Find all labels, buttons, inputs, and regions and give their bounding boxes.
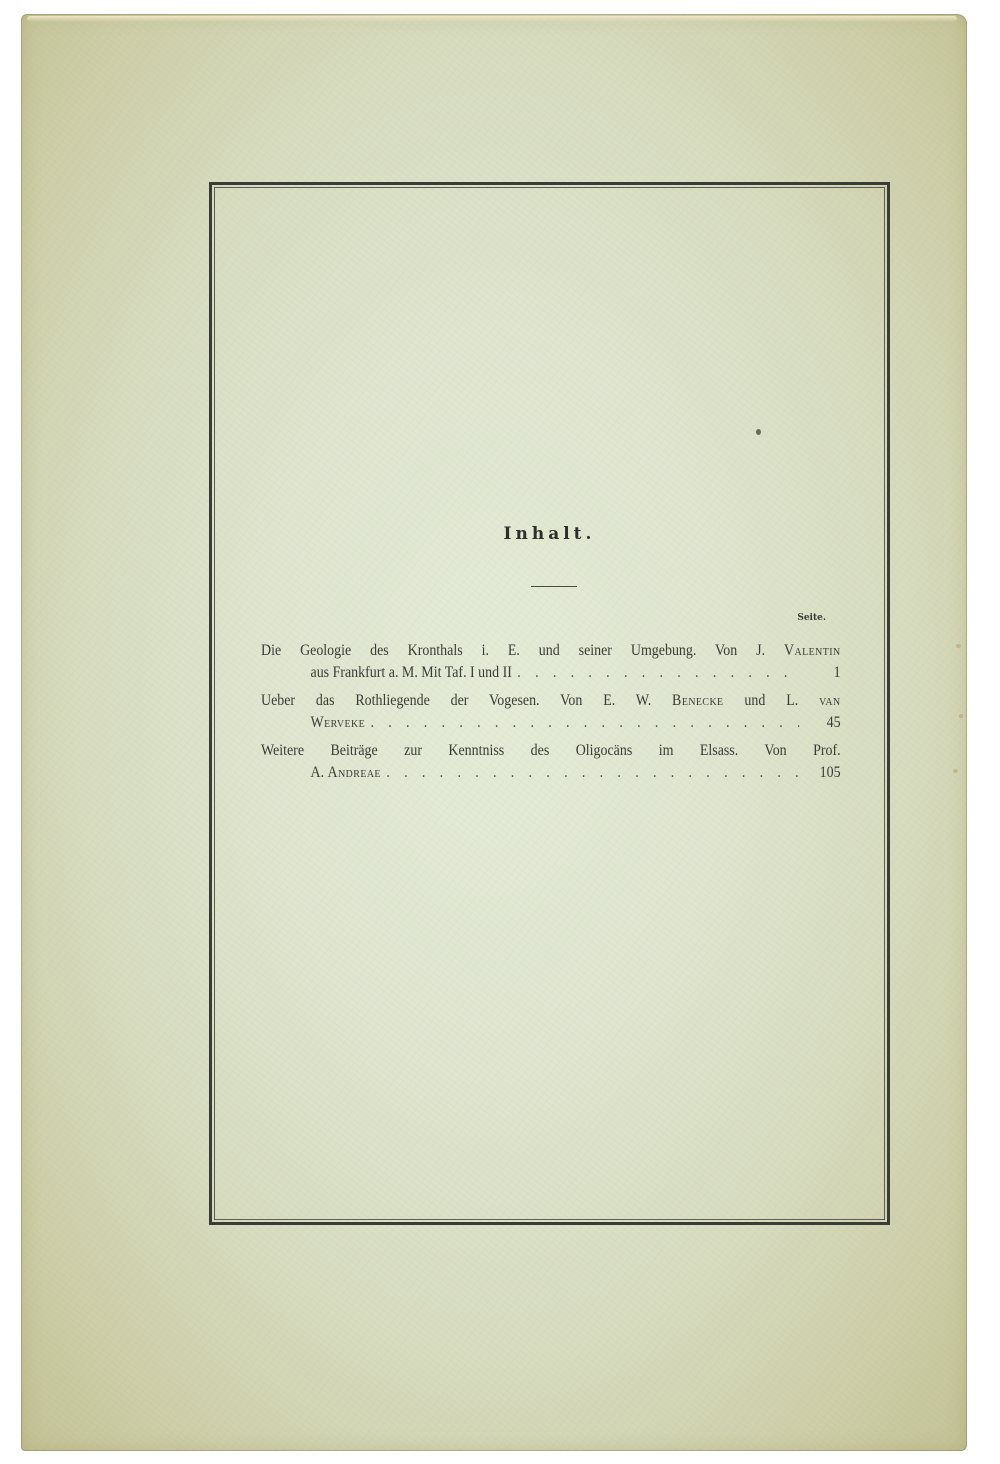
toc-entry-continuation: aus Frankfurt a. M. Mit Taf. I und II 1 [261, 662, 841, 684]
author-name: Werveke [311, 712, 366, 734]
toc-entry: Ueber das Rothliegende der Vogesen. Von … [261, 690, 841, 734]
page-column-header: Seite. [797, 613, 826, 623]
toc-entry: Weitere Beiträge zur Kenntniss des Oligo… [261, 740, 841, 784]
foxing-spot [953, 769, 958, 773]
page-number: 1 [805, 662, 841, 684]
toc-entry-continuation: A. Andreae 105 [261, 762, 841, 784]
table-of-contents: Die Geologie des Kronthals i. E. und sei… [261, 640, 783, 790]
title-divider [531, 586, 577, 587]
page-title: Inhalt. [212, 524, 887, 544]
dot-leader [517, 662, 799, 684]
author-name: Andreae [328, 762, 381, 784]
toc-entry-title: Weitere Beiträge zur Kenntniss des Oligo… [261, 740, 841, 762]
toc-entry-title: Ueber das Rothliegende der Vogesen. Von … [261, 690, 841, 712]
toc-entry-title: Die Geologie des Kronthals i. E. und sei… [261, 640, 841, 662]
author-name: Valentin [784, 642, 841, 659]
foxing-spot [959, 714, 963, 718]
dot-leader [386, 762, 799, 784]
book-cover-page: Inhalt. Seite. Die Geologie des Kronthal… [21, 14, 967, 1451]
page-top-edge [27, 16, 957, 22]
toc-entry: Die Geologie des Kronthals i. E. und sei… [261, 640, 841, 684]
double-rule-frame: Inhalt. Seite. Die Geologie des Kronthal… [209, 182, 890, 1225]
dot-leader [370, 712, 799, 734]
page-number: 105 [805, 762, 841, 784]
author-name: Benecke [672, 692, 724, 709]
page-number: 45 [805, 712, 841, 734]
foxing-spot [956, 644, 961, 648]
toc-entry-continuation: Werveke 45 [261, 712, 841, 734]
